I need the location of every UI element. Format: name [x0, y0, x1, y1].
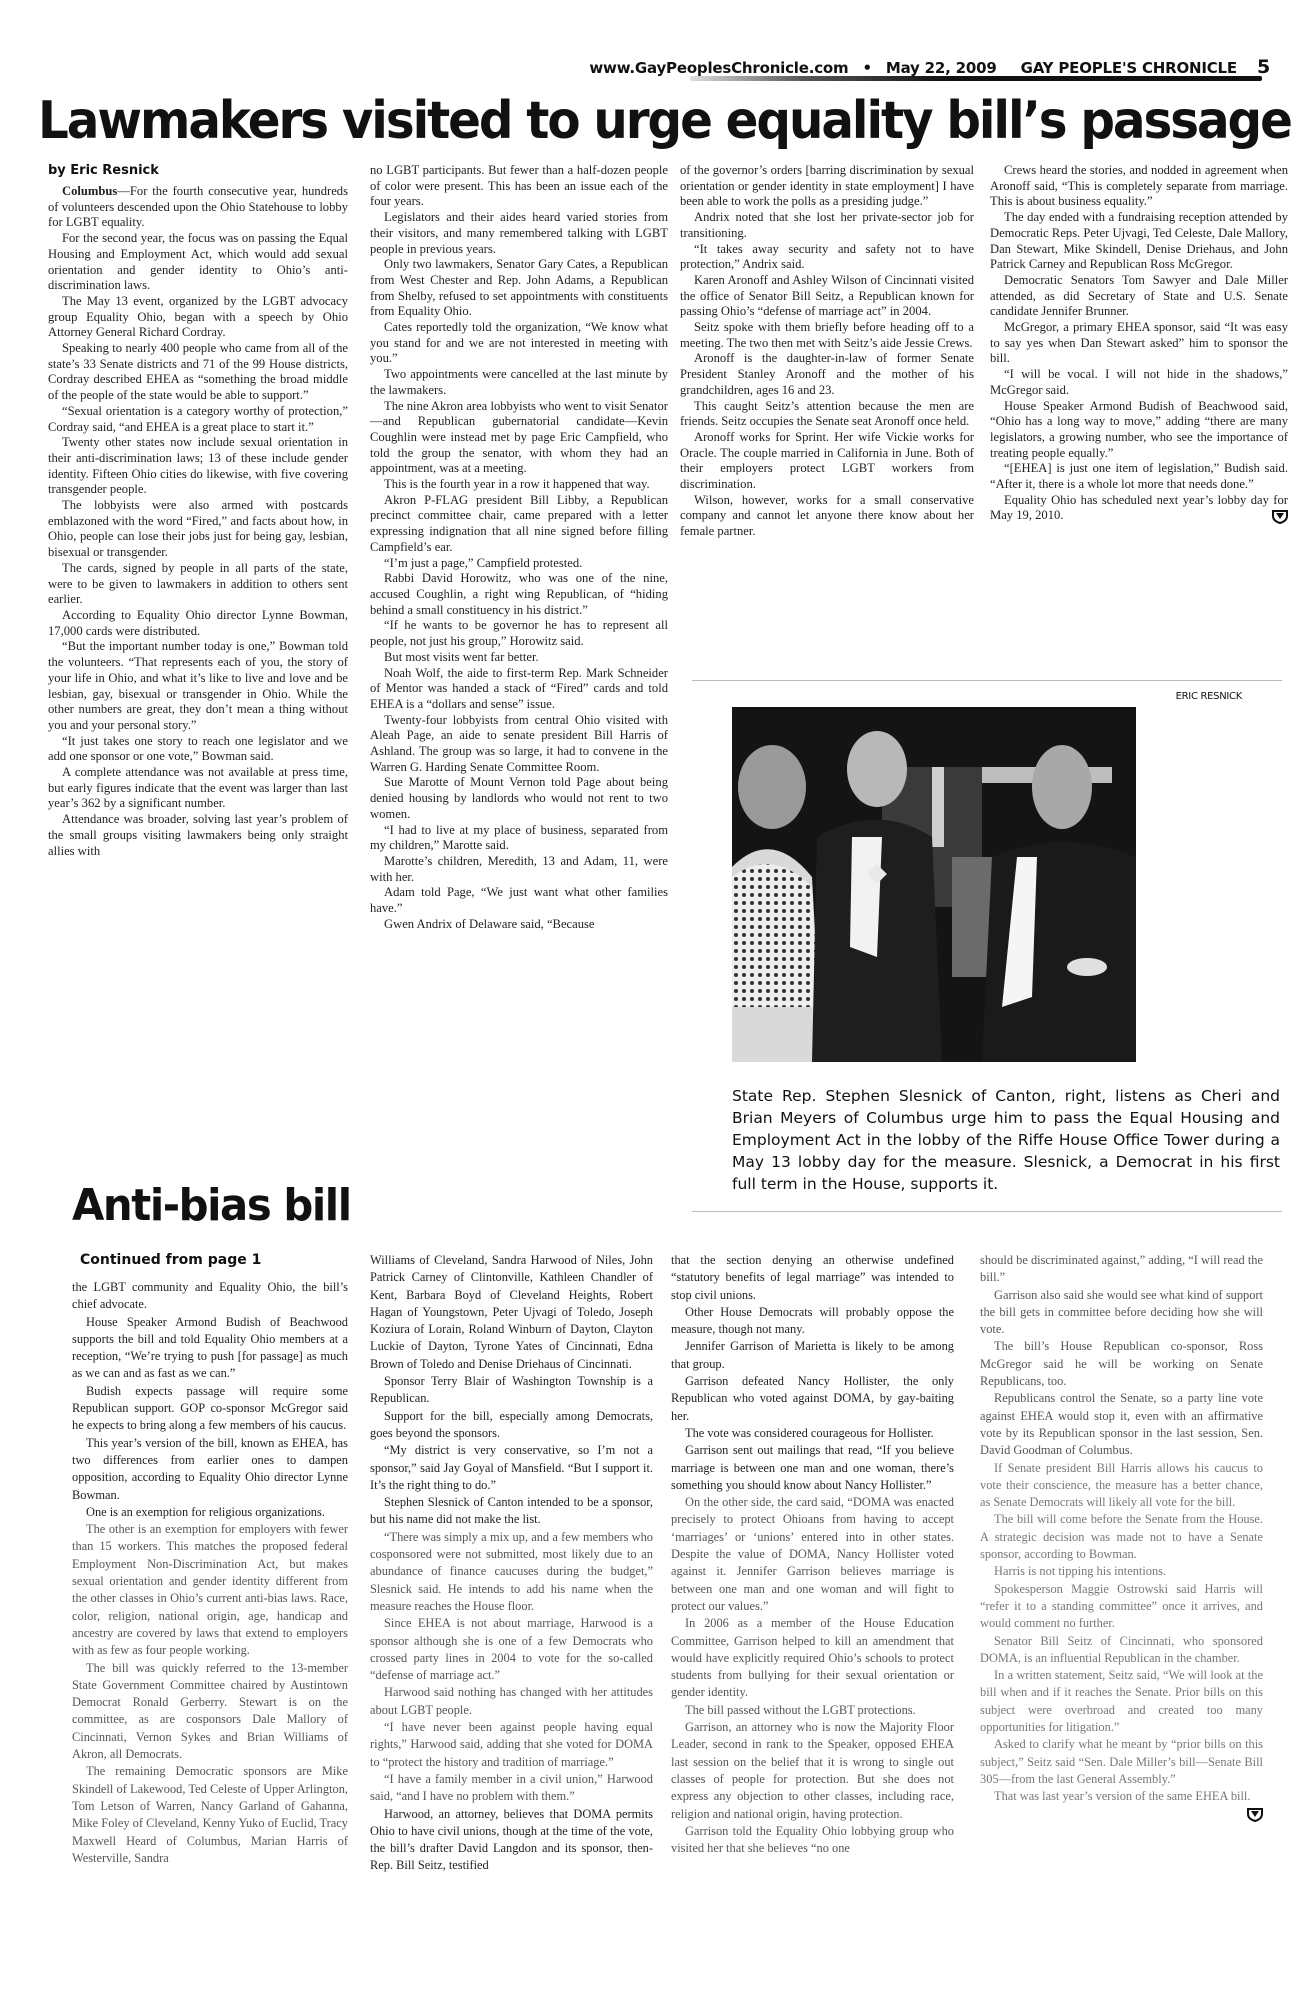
paragraph: A complete attendance was not available …	[48, 765, 348, 812]
paragraph: “It just takes one story to reach one le…	[48, 734, 348, 765]
paragraph: of the governor’s orders [barring discri…	[680, 163, 974, 210]
paragraph: Garrison sent out mailings that read, “I…	[671, 1442, 954, 1494]
paragraph: The cards, signed by people in all parts…	[48, 561, 348, 608]
paragraph: no LGBT participants. But fewer than a h…	[370, 163, 668, 210]
folio-separator: •	[862, 59, 871, 77]
paragraph: Gwen Andrix of Delaware said, “Because	[370, 917, 668, 933]
paragraph: The lobbyists were also armed with postc…	[48, 498, 348, 561]
news-photo	[732, 707, 1136, 1062]
paragraph: “It takes away security and safety not t…	[680, 242, 974, 273]
paragraph: Aronoff is the daughter-in-law of former…	[680, 351, 974, 398]
paragraph: “I have a family member in a civil union…	[370, 1771, 653, 1806]
paragraph: Karen Aronoff and Ashley Wilson of Cinci…	[680, 273, 974, 320]
paragraph: Two appointments were cancelled at the l…	[370, 367, 668, 398]
paragraph: Adam told Page, “We just want what other…	[370, 885, 668, 916]
paragraph: Other House Democrats will probably oppo…	[671, 1304, 954, 1339]
shield-end-mark-icon	[1272, 510, 1288, 524]
paragraph: Crews heard the stories, and nodded in a…	[990, 163, 1288, 210]
photo-illustration	[732, 707, 1136, 1062]
paragraph: In 2006 as a member of the House Educati…	[671, 1615, 954, 1701]
paragraph: McGregor, a primary EHEA sponsor, said “…	[990, 320, 1288, 367]
paragraph: The bill will come before the Senate fro…	[980, 1511, 1263, 1563]
paragraph: The nine Akron area lobbyists who went t…	[370, 399, 668, 478]
paragraph: “I have never been against people having…	[370, 1719, 653, 1771]
story1-column-4: Crews heard the stories, and nodded in a…	[990, 163, 1288, 524]
paragraph: Noah Wolf, the aide to first-term Rep. M…	[370, 666, 668, 713]
paragraph: If Senate president Bill Harris allows h…	[980, 1460, 1263, 1512]
paragraph: “There was simply a mix up, and a few me…	[370, 1529, 653, 1615]
page-number: 5	[1257, 56, 1270, 78]
folio-header: www.GayPeoplesChronicle.com • May 22, 20…	[550, 56, 1270, 76]
paragraph: Since EHEA is not about marriage, Harwoo…	[370, 1615, 653, 1684]
website-url: www.GayPeoplesChronicle.com	[589, 59, 848, 77]
paragraph: Twenty-four lobbyists from central Ohio …	[370, 713, 668, 776]
paragraph: Garrison, an attorney who is now the Maj…	[671, 1719, 954, 1823]
paragraph: Garrison defeated Nancy Hollister, the o…	[671, 1373, 954, 1425]
paragraph: Rabbi David Horowitz, who was one of the…	[370, 571, 668, 618]
paragraph: Harwood said nothing has changed with he…	[370, 1684, 653, 1719]
paragraph: Senator Bill Seitz of Cincinnati, who sp…	[980, 1633, 1263, 1668]
paragraph: Spokesperson Maggie Ostrowski said Harri…	[980, 1581, 1263, 1633]
paragraph: Garrison also said she would see what ki…	[980, 1287, 1263, 1339]
shield-end-mark-icon	[1247, 1808, 1263, 1822]
story2-column-4: should be discriminated against,” adding…	[980, 1252, 1263, 1822]
paragraph: The bill passed without the LGBT protect…	[671, 1702, 954, 1719]
paragraph: the LGBT community and Equality Ohio, th…	[72, 1279, 348, 1314]
folio-rule	[690, 76, 1262, 81]
paragraph: “I will be vocal. I will not hide in the…	[990, 367, 1288, 398]
paragraph: “Sexual orientation is a category worthy…	[48, 404, 348, 435]
story2-column-3: that the section denying an otherwise un…	[671, 1252, 954, 1857]
paragraph: According to Equality Ohio director Lynn…	[48, 608, 348, 639]
paragraph: The remaining Democratic sponsors are Mi…	[72, 1763, 348, 1867]
paragraph: Sponsor Terry Blair of Washington Townsh…	[370, 1373, 653, 1408]
paragraph: Speaking to nearly 400 people who came f…	[48, 341, 348, 404]
dateline: Columbus	[62, 184, 117, 198]
paragraph: “I had to live at my place of business, …	[370, 823, 668, 854]
story1-column-3: of the governor’s orders [barring discri…	[680, 163, 974, 540]
main-headline: Lawmakers visited to urge equality bill’…	[38, 92, 1191, 150]
secondary-headline: Anti-bias bill	[72, 1180, 351, 1231]
paragraph: Equality Ohio has scheduled next year’s …	[990, 493, 1288, 524]
paragraph: The May 13 event, organized by the LGBT …	[48, 294, 348, 341]
paragraph: This caught Seitz’s attention because th…	[680, 399, 974, 430]
paragraph: Budish expects passage will require some…	[72, 1383, 348, 1435]
paragraph: Akron P-FLAG president Bill Libby, a Rep…	[370, 493, 668, 556]
paragraph: “If he wants to be governor he has to re…	[370, 618, 668, 649]
photo-credit: ERIC RESNICK	[1176, 691, 1242, 702]
paragraph: Only two lawmakers, Senator Gary Cates, …	[370, 257, 668, 320]
story1-column-1: Columbus—For the fourth consecutive year…	[48, 184, 348, 859]
newspaper-page: www.GayPeoplesChronicle.com • May 22, 20…	[0, 0, 1314, 1999]
photo-module: ERIC RESNICK	[692, 680, 1282, 1212]
paragraph: Harris is not tipping his intentions.	[980, 1563, 1263, 1580]
paragraph: On the other side, the card said, “DOMA …	[671, 1494, 954, 1615]
paragraph: Garrison told the Equality Ohio lobbying…	[671, 1823, 954, 1858]
continued-from-label: Continued from page 1	[80, 1252, 261, 1268]
paragraph: Support for the bill, especially among D…	[370, 1408, 653, 1443]
paragraph: should be discriminated against,” adding…	[980, 1252, 1263, 1287]
paragraph: Democratic Senators Tom Sawyer and Dale …	[990, 273, 1288, 320]
paragraph: The bill was quickly referred to the 13-…	[72, 1660, 348, 1764]
paragraph: One is an exemption for religious organi…	[72, 1504, 348, 1521]
paragraph: Republicans control the Senate, so a par…	[980, 1390, 1263, 1459]
paragraph: This year’s version of the bill, known a…	[72, 1435, 348, 1504]
paragraph: “[EHEA] is just one item of legislation,…	[990, 461, 1288, 492]
paragraph: Asked to clarify what he meant by “prior…	[980, 1736, 1263, 1788]
paragraph: That was last year’s version of the same…	[980, 1788, 1263, 1805]
paragraph: House Speaker Armond Budish of Beachwood…	[72, 1314, 348, 1383]
paragraph: The bill’s House Republican co-sponsor, …	[980, 1338, 1263, 1390]
paragraph: “But the important number today is one,”…	[48, 639, 348, 733]
paragraph: Aronoff works for Sprint. Her wife Vicki…	[680, 430, 974, 493]
byline: by Eric Resnick	[48, 163, 159, 178]
paragraph: This is the fourth year in a row it happ…	[370, 477, 668, 493]
story2-column-1: the LGBT community and Equality Ohio, th…	[72, 1279, 348, 1867]
paragraph: The vote was considered courageous for H…	[671, 1425, 954, 1442]
paragraph: House Speaker Armond Budish of Beachwood…	[990, 399, 1288, 462]
paragraph: But most visits went far better.	[370, 650, 668, 666]
paragraph: The other is an exemption for employers …	[72, 1521, 348, 1659]
paragraph: Williams of Cleveland, Sandra Harwood of…	[370, 1252, 653, 1373]
paragraph: Harwood, an attorney, believes that DOMA…	[370, 1806, 653, 1875]
paragraph: Wilson, however, works for a small conse…	[680, 493, 974, 540]
paragraph: that the section denying an otherwise un…	[671, 1252, 954, 1304]
photo-caption: State Rep. Stephen Slesnick of Canton, r…	[732, 1085, 1280, 1195]
paragraph: Sue Marotte of Mount Vernon told Page ab…	[370, 775, 668, 822]
paragraph: Andrix noted that she lost her private-s…	[680, 210, 974, 241]
paragraph: The day ended with a fundraising recepti…	[990, 210, 1288, 273]
paragraph: Columbus—For the fourth consecutive year…	[48, 184, 348, 231]
paragraph: Seitz spoke with them briefly before hea…	[680, 320, 974, 351]
paragraph: Cates reportedly told the organization, …	[370, 320, 668, 367]
paragraph: In a written statement, Seitz said, “We …	[980, 1667, 1263, 1736]
issue-date: May 22, 2009	[886, 59, 997, 77]
publication-name: GAY PEOPLE'S CHRONICLE	[1021, 59, 1237, 77]
paragraph: Attendance was broader, solving last yea…	[48, 812, 348, 859]
paragraph: Jennifer Garrison of Marietta is likely …	[671, 1338, 954, 1373]
paragraph: Legislators and their aides heard varied…	[370, 210, 668, 257]
paragraph: Twenty other states now include sexual o…	[48, 435, 348, 498]
story2-column-2: Williams of Cleveland, Sandra Harwood of…	[370, 1252, 653, 1875]
paragraph: Stephen Slesnick of Canton intended to b…	[370, 1494, 653, 1529]
paragraph: “My district is very conservative, so I’…	[370, 1442, 653, 1494]
paragraph: For the second year, the focus was on pa…	[48, 231, 348, 294]
paragraph: Marotte’s children, Meredith, 13 and Ada…	[370, 854, 668, 885]
paragraph: “I’m just a page,” Campfield protested.	[370, 556, 668, 572]
story1-column-2: no LGBT participants. But fewer than a h…	[370, 163, 668, 932]
